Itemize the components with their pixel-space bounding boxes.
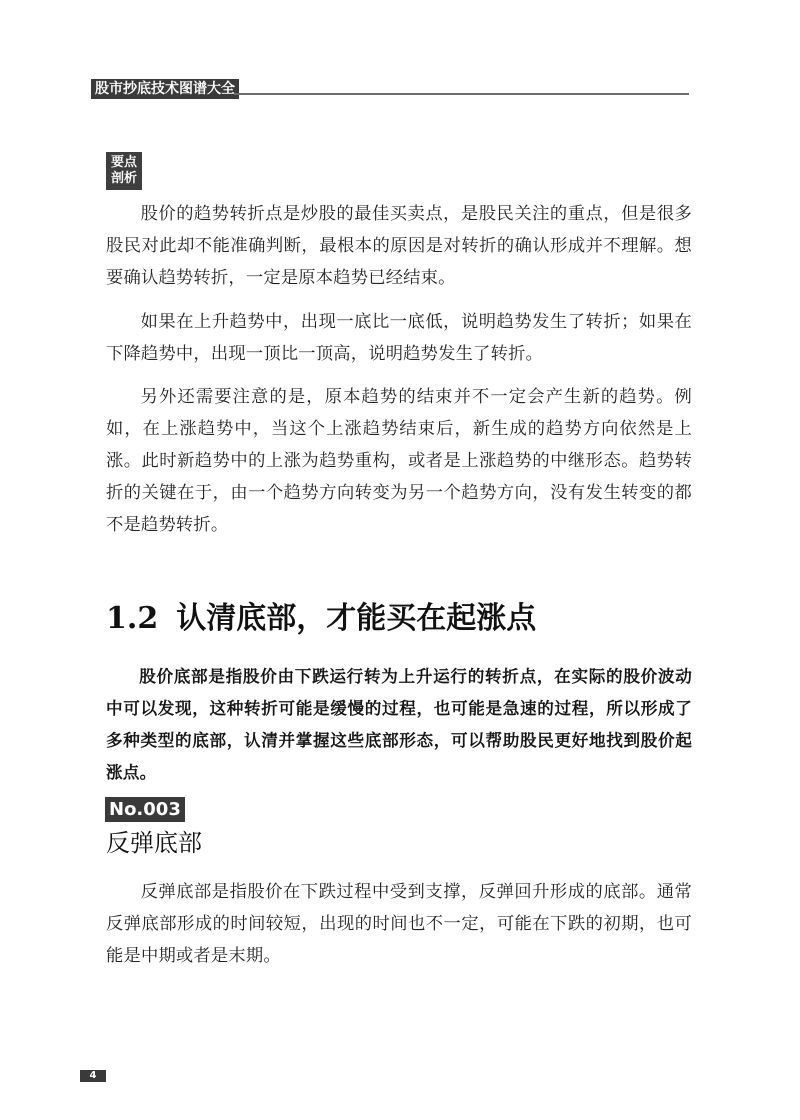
item-paragraph: 反弹底部是指股价在下跌过程中受到支撑，反弹回升形成的底部。通常反弹底部形成的时间… [106,876,692,972]
key-badge-line1: 要点 [106,155,142,171]
analysis-paragraph-1: 股价的趋势转折点是炒股的最佳买卖点，是股民关注的重点，但是很多股民对此却不能准确… [106,198,692,294]
item-number-badge: No.003 [105,797,185,822]
analysis-paragraph-2: 如果在上升趋势中，出现一底比一底低，说明趋势发生了转折；如果在下降趋势中，出现一… [106,306,692,370]
analysis-paragraph-3: 另外还需要注意的是，原本趋势的结束并不一定会产生新的趋势。例如，在上涨趋势中，当… [106,381,692,541]
key-badge-line2: 剖析 [106,171,142,187]
item-title: 反弹底部 [106,826,202,860]
running-header: 股市抄底技术图谱大全 [91,79,239,99]
section-heading: 1.2认清底部，才能买在起涨点 [106,597,536,641]
section-title: 认清底部，才能买在起涨点 [176,601,536,636]
page-number: 4 [80,1070,106,1082]
key-analysis-badge: 要点 剖析 [106,152,142,190]
section-intro: 股价底部是指股价由下跌运行转为上升运行的转折点，在实际的股价波动中可以发现，这种… [106,661,692,789]
section-number: 1.2 [106,601,158,636]
book-title: 股市抄底技术图谱大全 [91,79,239,99]
header-rule [234,93,689,95]
